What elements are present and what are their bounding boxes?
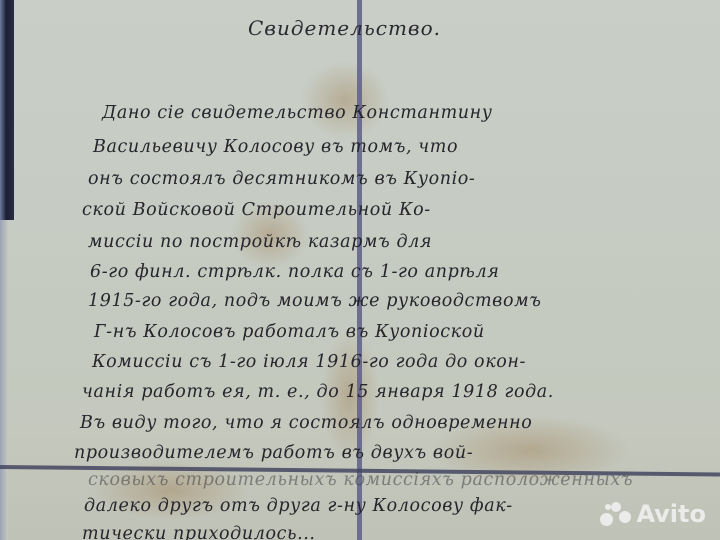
text-line: производителемъ работъ въ двухъ вой- bbox=[74, 443, 473, 463]
text-line: онъ состоялъ десятникомъ въ Куопіо- bbox=[88, 169, 475, 189]
text-line: сковыхъ строительныхъ комиссіяхъ располо… bbox=[88, 470, 633, 490]
avito-watermark-text: Avito bbox=[636, 500, 706, 528]
text-line: ской Войсковой Строительной Ко- bbox=[82, 200, 431, 220]
text-line: Дано сіе свидетельство Константину bbox=[102, 103, 493, 123]
avito-logo-icon bbox=[600, 501, 632, 527]
text-line: 6-го финл. стрѣлк. полка съ 1-го апрѣля bbox=[90, 262, 499, 282]
document-left-edge-light bbox=[0, 220, 8, 540]
document-photo: Свидетельство. Дано сіе свидетельство Ко… bbox=[0, 0, 720, 540]
avito-watermark: Avito bbox=[600, 500, 706, 528]
text-line: далеко другъ отъ друга г-ну Колосову фак… bbox=[84, 496, 513, 516]
text-line: Въ виду того, что я состоялъ одновременн… bbox=[80, 413, 532, 433]
stain bbox=[300, 60, 390, 140]
text-line: тически приходилось... bbox=[82, 524, 316, 540]
document-title: Свидетельство. bbox=[248, 16, 441, 40]
document-left-edge bbox=[0, 0, 14, 220]
text-line: Комиссіи съ 1-го іюля 1916-го года до ок… bbox=[92, 352, 526, 372]
text-line: 1915-го года, подъ моимъ же руководством… bbox=[88, 291, 541, 311]
text-line: чанія работъ ея, т. е., до 15 января 191… bbox=[82, 382, 554, 402]
text-line: Васильевичу Колосову въ томъ, что bbox=[93, 137, 458, 157]
text-line: Г-нъ Колосовъ работалъ въ Куопіоской bbox=[94, 322, 485, 342]
text-line: миссіи по постройкѣ казармъ для bbox=[88, 232, 432, 252]
